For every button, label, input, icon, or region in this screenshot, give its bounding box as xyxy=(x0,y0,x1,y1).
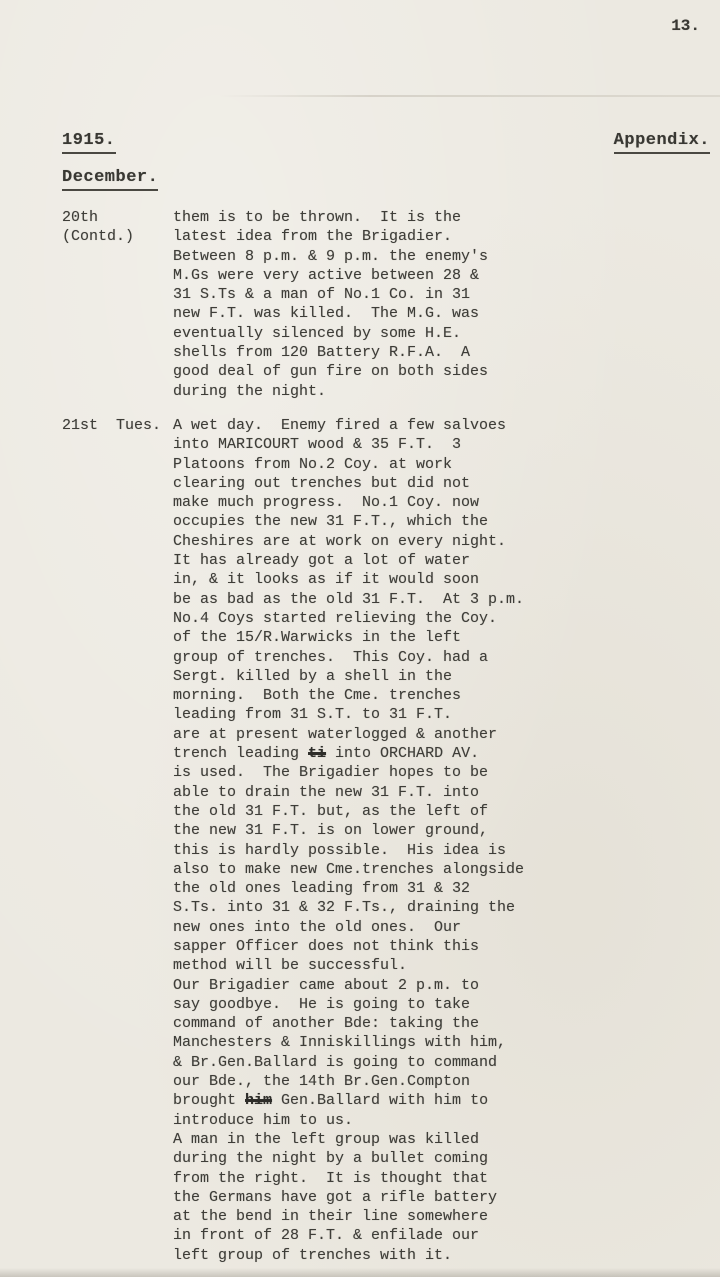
scan-bottom-edge xyxy=(0,1268,720,1277)
diary-entry: 20th (Contd.)them is to be thrown. It is… xyxy=(62,208,706,401)
entry-line: M.Gs were very active between 28 & xyxy=(173,266,706,285)
month-heading: December. xyxy=(62,168,158,191)
struck-out-text: ti xyxy=(308,745,326,762)
entry-line: the new 31 F.T. is on lower ground, xyxy=(173,821,706,840)
entry-line: good deal of gun fire on both sides xyxy=(173,362,706,381)
entry-line: the Germans have got a rifle battery xyxy=(173,1188,706,1207)
entry-line: new ones into the old ones. Our xyxy=(173,918,706,937)
entry-line: group of trenches. This Coy. had a xyxy=(173,648,706,667)
year-heading: 1915. xyxy=(62,131,116,154)
entry-line: our Bde., the 14th Br.Gen.Compton xyxy=(173,1072,706,1091)
struck-out-text: him xyxy=(245,1092,272,1109)
entry-body: them is to be thrown. It is thelatest id… xyxy=(173,208,706,401)
entry-line: the old 31 F.T. but, as the left of xyxy=(173,802,706,821)
diary-entries: 20th (Contd.)them is to be thrown. It is… xyxy=(62,208,706,1277)
entry-line: 31 S.Ts & a man of No.1 Co. in 31 xyxy=(173,285,706,304)
entry-line: brought him Gen.Ballard with him to xyxy=(173,1091,706,1110)
entry-line: eventually silenced by some H.E. xyxy=(173,324,706,343)
entry-line: be as bad as the old 31 F.T. At 3 p.m. xyxy=(173,590,706,609)
entry-line: A man in the left group was killed xyxy=(173,1130,706,1149)
entry-line: sapper Officer does not think this xyxy=(173,937,706,956)
paper-crease xyxy=(220,95,720,97)
entry-line: new F.T. was killed. The M.G. was xyxy=(173,304,706,323)
entry-line: method will be successful. xyxy=(173,956,706,975)
entry-line: Our Brigadier came about 2 p.m. to xyxy=(173,976,706,995)
entry-line: Between 8 p.m. & 9 p.m. the enemy's xyxy=(173,247,706,266)
entry-line: trench leading ti into ORCHARD AV. xyxy=(173,744,706,763)
entry-line: latest idea from the Brigadier. xyxy=(173,227,706,246)
entry-line: Sergt. killed by a shell in the xyxy=(173,667,706,686)
entry-line: also to make new Cme.trenches alongside xyxy=(173,860,706,879)
entry-line: into MARICOURT wood & 35 F.T. 3 xyxy=(173,435,706,454)
diary-page: 13. 1915. Appendix. December. 20th (Cont… xyxy=(0,0,720,1277)
entry-line: introduce him to us. xyxy=(173,1111,706,1130)
entry-line: is used. The Brigadier hopes to be xyxy=(173,763,706,782)
entry-line: Platoons from No.2 Coy. at work xyxy=(173,455,706,474)
entry-line: Cheshires are at work on every night. xyxy=(173,532,706,551)
entry-date: 20th (Contd.) xyxy=(62,208,173,247)
entry-line: are at present waterlogged & another xyxy=(173,725,706,744)
entry-line: leading from 31 S.T. to 31 F.T. xyxy=(173,705,706,724)
entry-line: during the night by a bullet coming xyxy=(173,1149,706,1168)
entry-line: S.Ts. into 31 & 32 F.Ts., draining the xyxy=(173,898,706,917)
entry-line: this is hardly possible. His idea is xyxy=(173,841,706,860)
entry-line: them is to be thrown. It is the xyxy=(173,208,706,227)
entry-line: in, & it looks as if it would soon xyxy=(173,570,706,589)
entry-line: able to drain the new 31 F.T. into xyxy=(173,783,706,802)
entry-line: of the 15/R.Warwicks in the left xyxy=(173,628,706,647)
entry-line: Manchesters & Inniskillings with him, xyxy=(173,1033,706,1052)
entry-line: morning. Both the Cme. trenches xyxy=(173,686,706,705)
entry-date: 21st Tues. xyxy=(62,416,173,435)
entry-line: clearing out trenches but did not xyxy=(173,474,706,493)
entry-line: No.4 Coys started relieving the Coy. xyxy=(173,609,706,628)
entry-line: command of another Bde: taking the xyxy=(173,1014,706,1033)
entry-line: the old ones leading from 31 & 32 xyxy=(173,879,706,898)
entry-line: shells from 120 Battery R.F.A. A xyxy=(173,343,706,362)
appendix-heading: Appendix. xyxy=(614,131,710,154)
page-number: 13. xyxy=(671,17,700,35)
entry-line: during the night. xyxy=(173,382,706,401)
entry-line: at the bend in their line somewhere xyxy=(173,1207,706,1226)
diary-entry: 21st Tues.A wet day. Enemy fired a few s… xyxy=(62,416,706,1265)
entry-line: A wet day. Enemy fired a few salvoes xyxy=(173,416,706,435)
entry-line: from the right. It is thought that xyxy=(173,1169,706,1188)
entry-line: & Br.Gen.Ballard is going to command xyxy=(173,1053,706,1072)
entry-line: It has already got a lot of water xyxy=(173,551,706,570)
entry-line: in front of 28 F.T. & enfilade our xyxy=(173,1226,706,1245)
entry-line: left group of trenches with it. xyxy=(173,1246,706,1265)
entry-line: occupies the new 31 F.T., which the xyxy=(173,512,706,531)
entry-line: make much progress. No.1 Coy. now xyxy=(173,493,706,512)
entry-line: say goodbye. He is going to take xyxy=(173,995,706,1014)
entry-body: A wet day. Enemy fired a few salvoesinto… xyxy=(173,416,706,1265)
